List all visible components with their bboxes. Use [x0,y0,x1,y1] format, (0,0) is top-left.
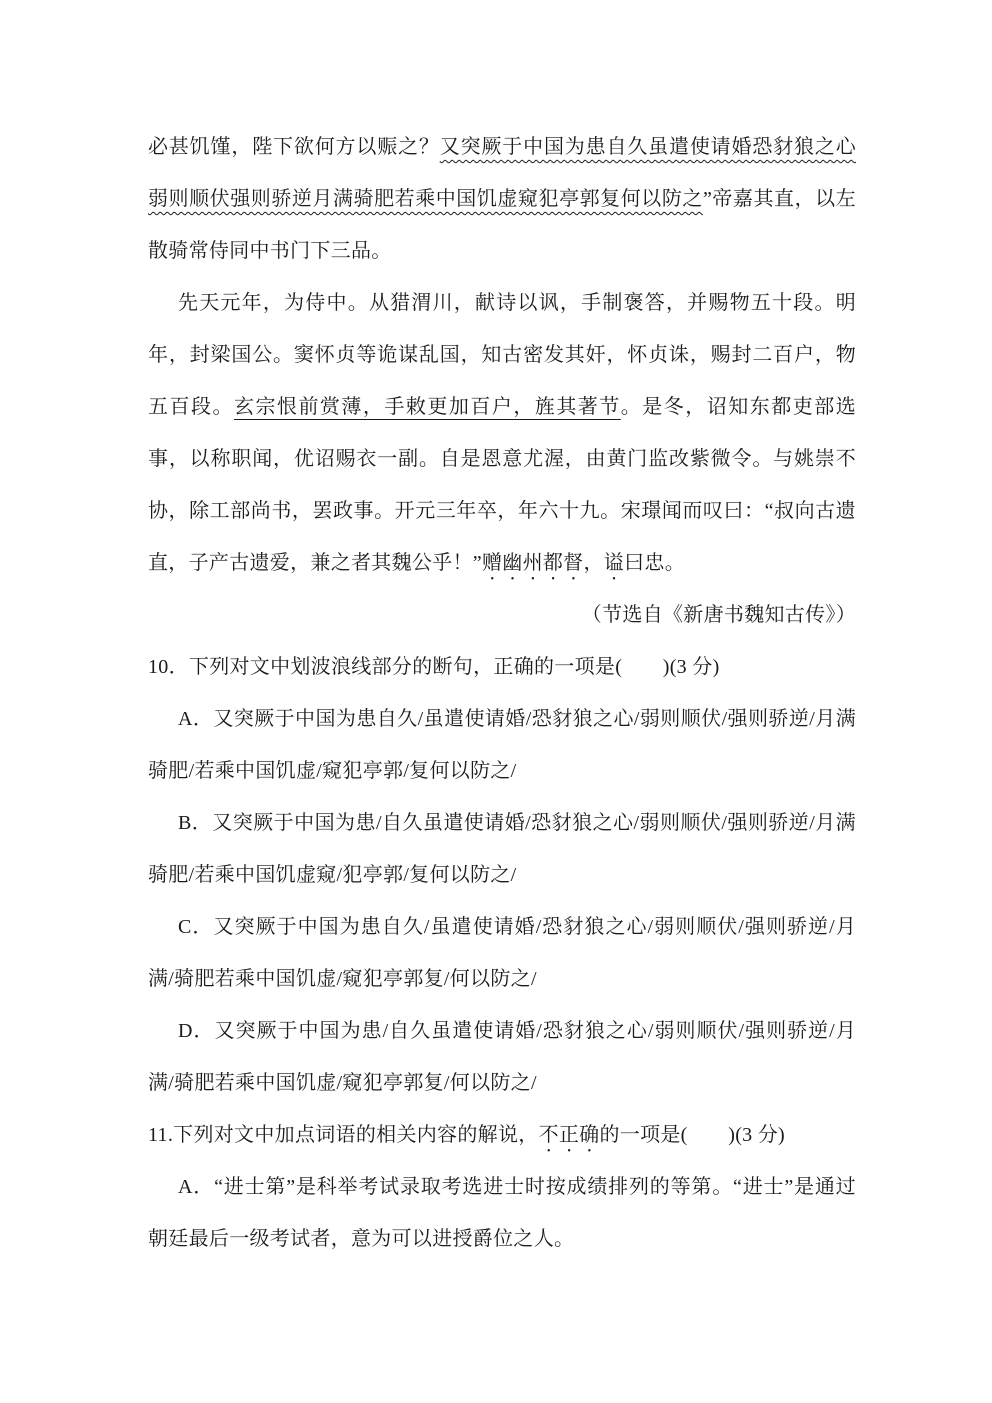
passage-text: ， [583,552,603,574]
option-text: 又突厥于中国为患自久/虽遣使请婚/恐豺狼之心/弱则顺伏/强则骄逆/月满骑肥/若乘… [148,708,856,782]
page-content: 必甚饥馑，陛下欲何方以赈之？又突厥于中国为患自久虽遣使请婚恐豺狼之心弱则顺伏强则… [148,121,856,1265]
option-label: B． [178,812,212,834]
passage-paragraph-1: 必甚饥馑，陛下欲何方以赈之？又突厥于中国为患自久虽遣使请婚恐豺狼之心弱则顺伏强则… [148,121,856,277]
option-text: 又突厥于中国为患自久/虽遣使请婚/恐豺狼之心/弱则顺伏/强则骄逆/月满/骑肥若乘… [148,916,856,990]
question-10-option-d: D．又突厥于中国为患/自久虽遣使请婚/恐豺狼之心/弱则顺伏/强则骄逆/月满/骑肥… [148,1005,856,1109]
question-10-stem: 10．下列对文中划波浪线部分的断句，正确的一项是( )(3 分) [148,641,856,693]
passage-text: 。是冬，诏知东都吏部选事，以称职闻，优诏赐衣一副。自是恩意尤渥，由黄门监改紫微令… [148,396,856,574]
option-label: C． [178,916,213,938]
passage-paragraph-2: 先天元年，为侍中。从猎渭川，献诗以讽，手制褒答，并赐物五十段。明年，封梁国公。窦… [148,277,856,589]
question-11-stem: 11.下列对文中加点词语的相关内容的解说，不正确的一项是( )(3 分) [148,1109,856,1161]
stem-text: 的一项是( )(3 分) [599,1124,785,1146]
passage-text: 曰忠。 [624,552,685,574]
dotted-emphasis-text: 不正确 [539,1124,600,1146]
dotted-emphasis-text: 赠幽州都督 [482,552,584,574]
dotted-emphasis-text: 谥 [604,552,624,574]
question-11-option-a: A．“进士第”是科举考试录取考选进士时按成绩排列的等第。“进士”是通过朝廷最后一… [148,1161,856,1265]
document-page: 必甚饥馑，陛下欲何方以赈之？又突厥于中国为患自久虽遣使请婚恐豺狼之心弱则顺伏强则… [0,0,992,1403]
option-label: D． [178,1020,214,1042]
option-text: 又突厥于中国为患/自久虽遣使请婚/恐豺狼之心/弱则顺伏/强则骄逆/月满/骑肥若乘… [148,1020,856,1094]
question-10-option-a: A．又突厥于中国为患自久/虽遣使请婚/恐豺狼之心/弱则顺伏/强则骄逆/月满骑肥/… [148,693,856,797]
stem-text: 11.下列对文中加点词语的相关内容的解说， [148,1124,539,1146]
question-10-option-c: C．又突厥于中国为患自久/虽遣使请婚/恐豺狼之心/弱则顺伏/强则骄逆/月满/骑肥… [148,901,856,1005]
question-10-option-b: B．又突厥于中国为患/自久虽遣使请婚/恐豺狼之心/弱则顺伏/强则骄逆/月满骑肥/… [148,797,856,901]
option-label: A． [178,708,213,730]
option-text: “进士第”是科举考试录取考选进士时按成绩排列的等第。“进士”是通过朝廷最后一级考… [148,1176,856,1250]
underlined-passage: 玄宗恨前赏薄，手敕更加百户，旌其著节 [234,396,621,418]
option-text: 又突厥于中国为患/自久虽遣使请婚/恐豺狼之心/弱则顺伏/强则骄逆/月满骑肥/若乘… [148,812,856,886]
passage-text: 必甚饥馑，陛下欲何方以赈之？ [148,136,440,158]
passage-source-attribution: （节选自《新唐书魏知古传》） [148,589,856,641]
option-label: A． [178,1176,214,1198]
